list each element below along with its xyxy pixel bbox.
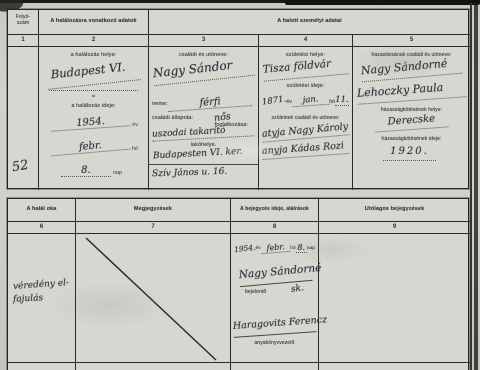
entry-month-value: febr. <box>260 242 290 255</box>
scan-top-edge-right <box>285 0 480 5</box>
next-row-divider-2 <box>230 363 231 370</box>
birth-year-value: 1871. <box>261 94 286 107</box>
col-number-cell-9: 9 <box>319 221 470 233</box>
scan-right-edge-line <box>470 3 472 370</box>
declarant-sk-mark: sk. <box>290 283 304 295</box>
person-data-header-label: A halott személyi adatai <box>153 18 466 25</box>
occupation-value: uszodai takarító <box>152 124 254 141</box>
death-divider-mark: = <box>39 94 148 102</box>
col-number-cell-7: 7 <box>76 221 231 233</box>
cause-of-death-cell: véredény el- fajulás <box>8 233 76 363</box>
death-data-header-cell: A halálozásra vonatkozó adatok <box>39 10 149 34</box>
col-number-cell-3: 3 <box>149 34 259 46</box>
marriage-date-value: 1920. <box>383 146 436 161</box>
later-header-label: Utólagos bejegyzések <box>321 206 468 213</box>
entry-signatures-cell: 1954. év febr. hó 8. nap Nagy Sándorné b… <box>231 233 319 363</box>
death-month-unit: hó <box>132 146 138 153</box>
col-number-2: 2 <box>39 37 148 43</box>
death-day-value: 8. <box>61 165 111 177</box>
col-number-9: 9 <box>319 224 470 230</box>
birthplace-value: Tisza földvár <box>262 56 348 81</box>
birth-data-cell: születési helye: Tisza földvár születési… <box>259 46 353 190</box>
spouse-data-cell: házastársának családi és utóneve: Nagy S… <box>353 46 470 190</box>
entry-year-value: 1954. <box>234 243 256 254</box>
entry-header-cell: A bejegyzés ideje, aláírások <box>231 199 319 221</box>
col-number-cell-8: 8 <box>231 221 319 233</box>
entry-day-value: 8. <box>296 243 307 253</box>
cause-header-cell: A halál oka <box>8 199 76 221</box>
registrar-label: anyakönyvvezető <box>231 340 318 346</box>
remarks-header-label: Megjegyzések <box>78 206 228 213</box>
death-data-header-label: A halálozásra vonatkozó adatok <box>43 18 144 25</box>
sex-line: neme: férfi <box>152 95 252 109</box>
spouse-value-1: Nagy Sándorné <box>360 56 462 83</box>
col-number-cell-5: 5 <box>353 34 470 46</box>
death-year-line: 1954. év <box>51 113 138 129</box>
death-month-value: febr. <box>51 138 131 157</box>
declarant-label: bejelentő <box>245 289 266 295</box>
registrar-signature: Haragovits Ferencz <box>233 315 317 338</box>
marital-label: családi állapota: <box>152 115 193 123</box>
mother-value: anyja Kádas Rozi <box>262 140 350 160</box>
serial-number-value: 52 <box>11 158 30 176</box>
cause-header-label: A halál oka <box>10 206 73 213</box>
father-value: atyja Nagy Károly <box>262 121 350 143</box>
remarks-cell <box>76 233 231 363</box>
later-entries-cell <box>319 233 470 363</box>
person-name-value: Nagy Sándor <box>152 56 255 86</box>
entry-header-label: A bejegyzés ideje, aláírások <box>233 206 316 212</box>
col-number-cell-4: 4 <box>259 34 353 46</box>
scan-right-edge-band <box>474 3 478 370</box>
death-time-label: a halálozás ideje: <box>39 103 148 110</box>
remarks-strikethrough-line <box>76 234 231 364</box>
marriage-place-value: Derecske <box>375 112 449 132</box>
col-number-cell-1: 1 <box>8 34 39 46</box>
death-year-unit: év <box>132 122 138 129</box>
serial-header-cell: Folyó-szám <box>8 10 39 34</box>
col-number-8: 8 <box>231 224 318 230</box>
person-identity-cell: családi és utóneve: Nagy Sándor neme: fé… <box>149 46 259 190</box>
death-place-value: Budapest VI. <box>46 58 141 90</box>
marriage-date-label: házasságkötésének ideje: <box>353 136 470 142</box>
residence-rule <box>149 164 258 165</box>
entry-day-unit: nap <box>307 246 315 253</box>
entry-date-line: 1954. év febr. hó 8. nap <box>234 240 315 253</box>
residence-line2: Szív János u. 16. <box>152 167 228 180</box>
col-number-7: 7 <box>76 224 230 230</box>
sex-label: neme: <box>152 101 168 109</box>
death-day-line: 8. nap <box>61 161 122 177</box>
death-day-unit: nap <box>113 170 122 177</box>
birthdate-label: születési ideje: <box>259 83 352 90</box>
cause-line-2: fajulás <box>13 293 44 305</box>
col-number-1: 1 <box>8 37 38 43</box>
person-data-header-cell: A halott személyi adatai <box>149 10 470 34</box>
next-row-divider-1 <box>75 363 76 370</box>
col-number-6: 6 <box>8 224 75 230</box>
serial-number-cell: 52 <box>8 46 39 190</box>
birth-day-value: 11. <box>335 95 349 106</box>
later-header-cell: Utólagos bejegyzések <box>319 199 470 221</box>
col-number-4: 4 <box>259 37 352 43</box>
death-month-line: febr. hó <box>51 137 138 153</box>
col-number-5: 5 <box>353 37 470 43</box>
death-data-cell: a halálozás helye: Budapest VI. = a halá… <box>39 46 149 190</box>
parents-label: szüleinek családi és utóneve: <box>259 115 352 121</box>
col-number-3: 3 <box>149 37 258 43</box>
serial-header-label: Folyó-szám <box>10 14 36 27</box>
entry-remarks-table: A halál oka Megjegyzések A bejegyzés ide… <box>7 198 469 370</box>
next-row-divider-3 <box>318 363 319 370</box>
birth-month-value: jan. <box>291 94 329 108</box>
cause-line-1: véredény el- <box>13 278 70 292</box>
remarks-header-cell: Megjegyzések <box>76 199 231 221</box>
death-register-table: Folyó-szám A halálozásra vonatkozó adato… <box>7 9 469 189</box>
birthdate-line: 1871. év jan. hó 11. <box>262 92 349 106</box>
col-number-cell-6: 6 <box>8 221 76 233</box>
spouse-value-2: Lehoczky Paula <box>357 79 467 105</box>
col-number-cell-2: 2 <box>39 34 149 46</box>
death-year-value: 1954. <box>51 114 131 131</box>
empty-rule-line <box>49 90 138 91</box>
scanned-registry-page: Folyó-szám A halálozásra vonatkozó adato… <box>0 0 480 370</box>
marriage-place-label: házasságkötésének helye: <box>353 107 470 113</box>
